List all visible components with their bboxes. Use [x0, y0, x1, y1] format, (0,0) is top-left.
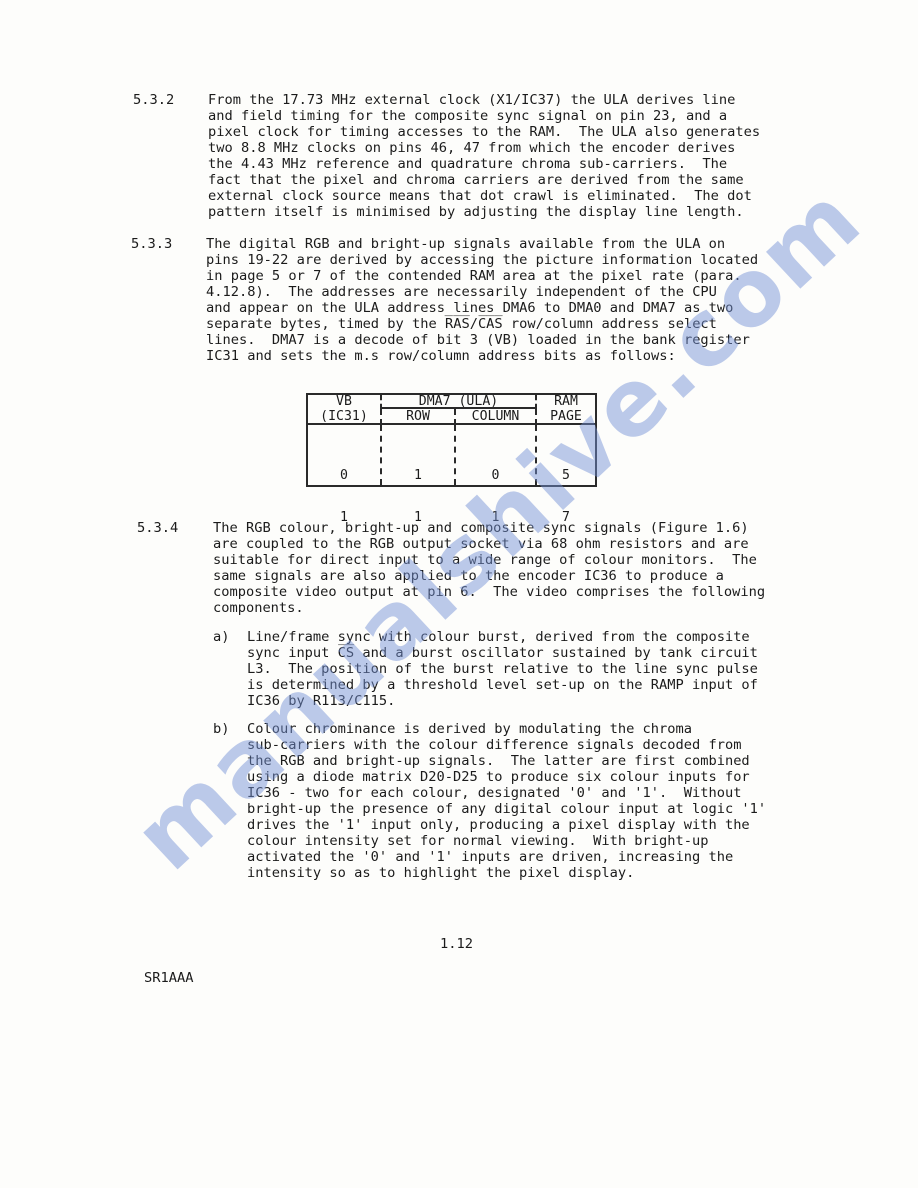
table-header-ram: RAM — [535, 395, 595, 409]
ram-page-table: VB DMA7 (ULA) RAM (IC31) ROW COLUMN PAGE… — [306, 393, 597, 487]
section-number: 5.3.2 — [133, 92, 208, 108]
table-cell-column-values: 0 1 — [454, 425, 535, 485]
section-number: 5.3.3 — [131, 236, 206, 252]
table-value: 0 — [456, 469, 535, 483]
table-header-page: PAGE — [535, 409, 595, 425]
list-text: Colour chrominance is derived by modulat… — [247, 721, 766, 881]
table-value: 1 — [382, 511, 454, 525]
table-header-vb: VB — [308, 395, 380, 409]
section-number: 5.3.4 — [137, 520, 213, 536]
table-value: 1 — [456, 511, 535, 525]
table-cell-row-values: 1 1 — [380, 425, 454, 485]
list-item-b: b) Colour chrominance is derived by modu… — [213, 721, 766, 881]
table-value: 0 — [308, 469, 380, 483]
table-value: 1 — [308, 511, 380, 525]
table-value: 7 — [537, 511, 595, 525]
list-marker: b) — [213, 721, 247, 737]
table-header-dma7-ula: DMA7 (ULA) — [380, 395, 535, 409]
table-header-column: COLUMN — [454, 409, 535, 425]
table-cell-page-values: 5 7 — [535, 425, 595, 485]
section-5-3-2: 5.3.2 From the 17.73 MHz external clock … — [133, 92, 760, 220]
table-value: 5 — [537, 469, 595, 483]
section-5-3-3: 5.3.3 The digital RGB and bright-up sign… — [131, 236, 758, 364]
section-text: From the 17.73 MHz external clock (X1/IC… — [208, 92, 760, 220]
table-header-ic31: (IC31) — [308, 409, 380, 425]
section-text: The digital RGB and bright-up signals av… — [206, 236, 758, 364]
table-value: 1 — [382, 469, 454, 483]
document-code: SR1AAA — [144, 970, 193, 986]
list-item-a: a) Line/frame sync with colour burst, de… — [213, 629, 758, 709]
list-text: Line/frame sync with colour burst, deriv… — [247, 629, 758, 709]
page-number: 1.12 — [440, 936, 473, 952]
scanned-manual-page: manualshive.com 5.3.2 From the 17.73 MHz… — [0, 0, 918, 1188]
list-marker: a) — [213, 629, 247, 645]
table-header-row: ROW — [380, 409, 454, 425]
table-cell-vb-values: 0 1 — [308, 425, 380, 485]
